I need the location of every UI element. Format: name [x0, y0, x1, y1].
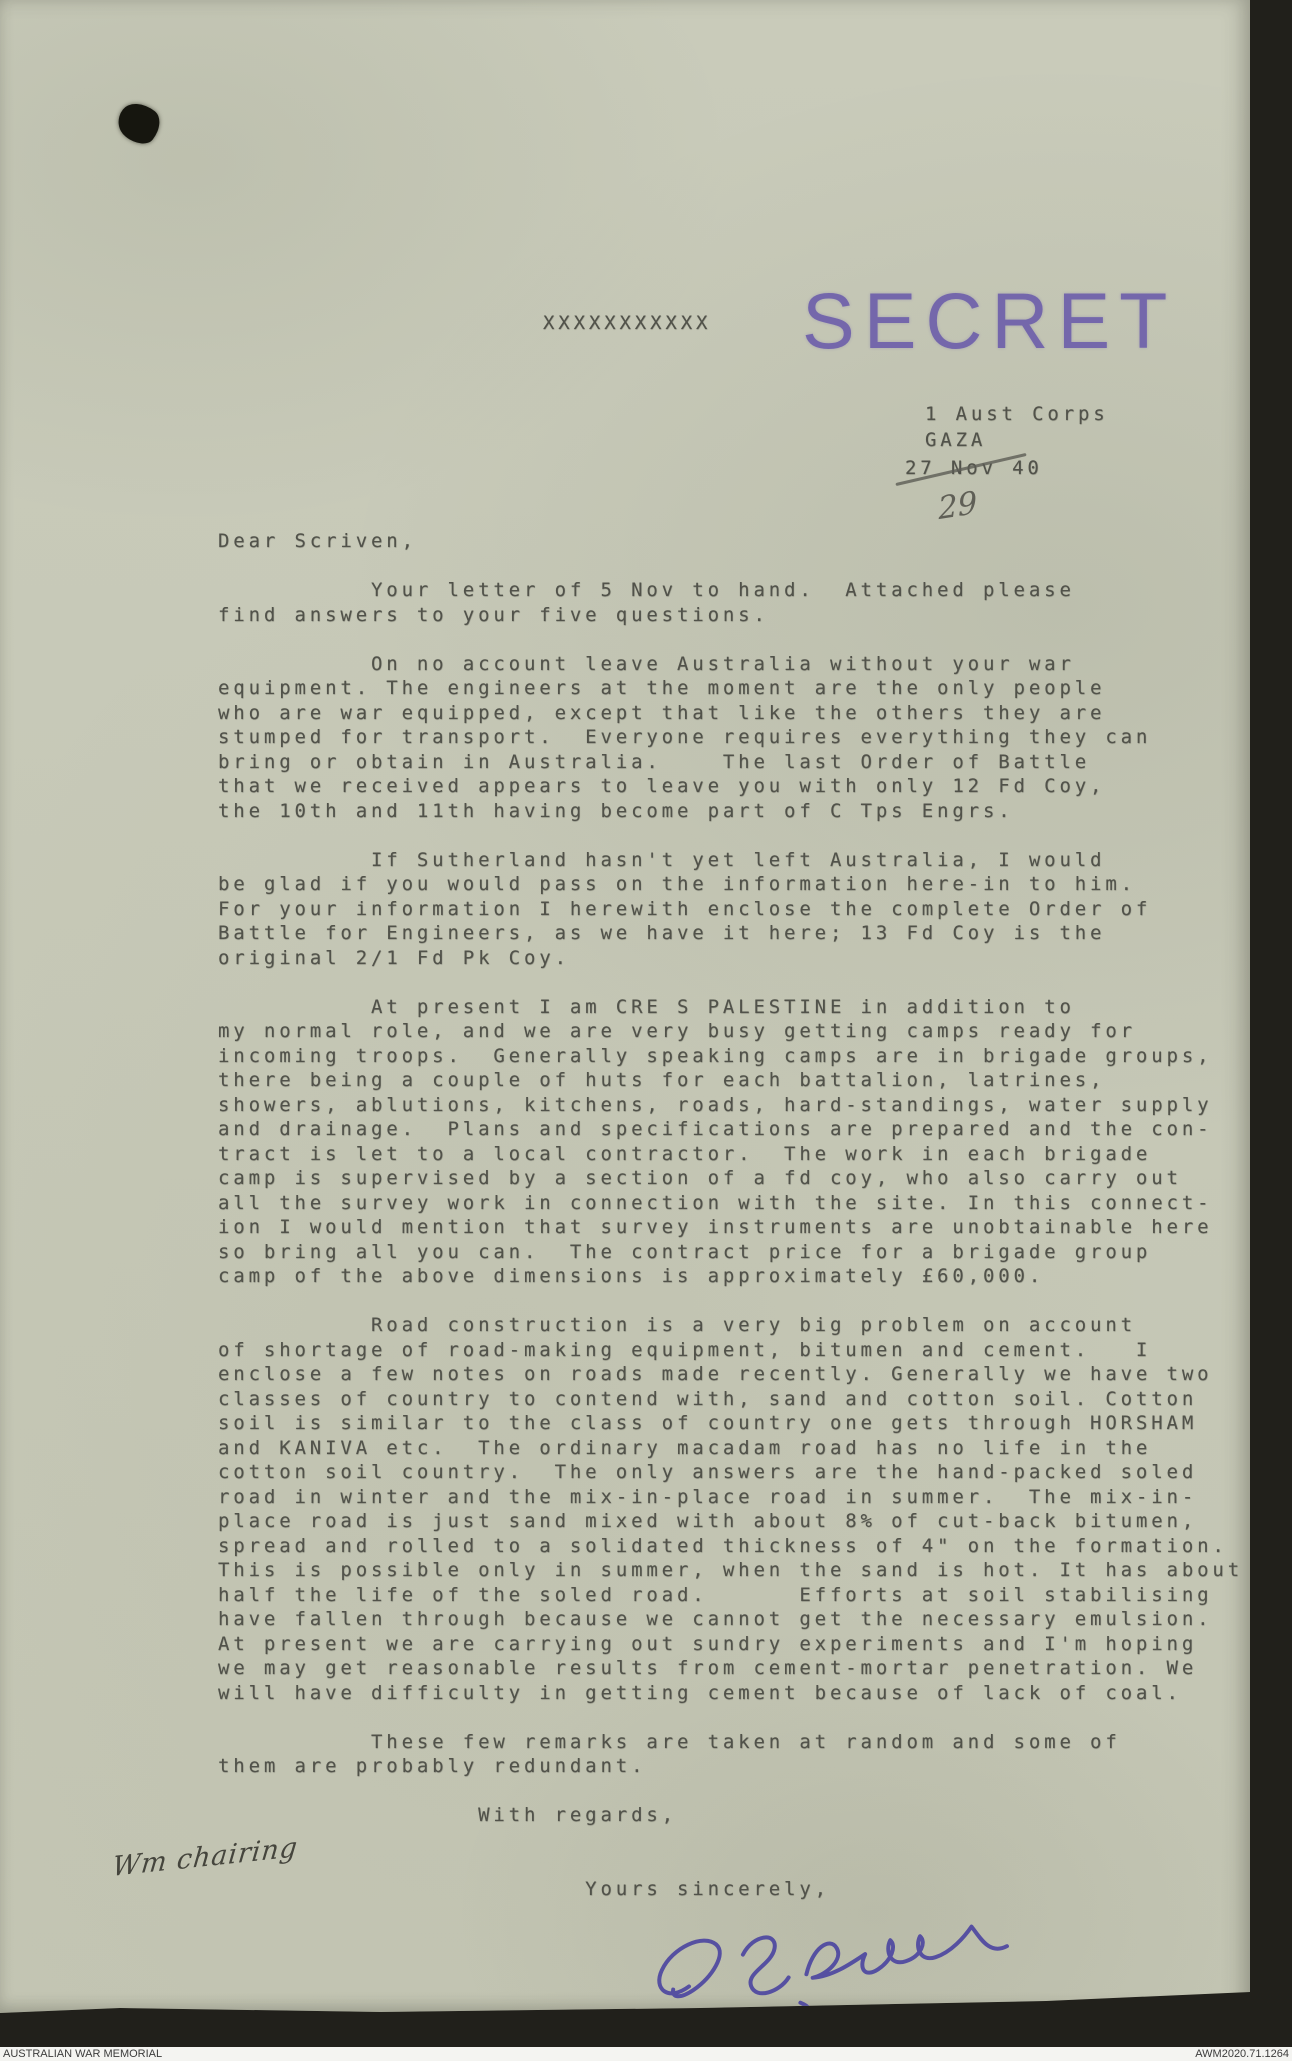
archive-strip: AUSTRALIAN WAR MEMORIAL AWM2020.71.1264: [0, 2047, 1292, 2061]
header-unit: 1 Aust Corps: [925, 402, 1109, 427]
letter-body: Dear Scriven, Your letter of 5 Nov to ha…: [218, 529, 1243, 1901]
letter-page: XXXXXXXXXXX SECRET 1 Aust Corps GAZA 27 …: [0, 0, 1250, 2014]
archive-id: AWM2020.71.1264: [1195, 2047, 1289, 2061]
archive-label: AUSTRALIAN WAR MEMORIAL: [3, 2047, 162, 2061]
scan-backdrop: { "letter": { "redaction": "XXXXXXXXXXX"…: [0, 0, 1292, 2061]
signature-ink: C.S.Steele: [645, 1899, 1032, 2035]
date-corrected-handwritten: 29: [937, 485, 978, 527]
header-place: GAZA: [925, 428, 986, 453]
signature-stroke-icon: [645, 1899, 1031, 2030]
secret-stamp: SECRET: [802, 281, 1176, 360]
typed-redaction: XXXXXXXXXXX: [543, 312, 711, 334]
punch-hole: [111, 95, 167, 151]
